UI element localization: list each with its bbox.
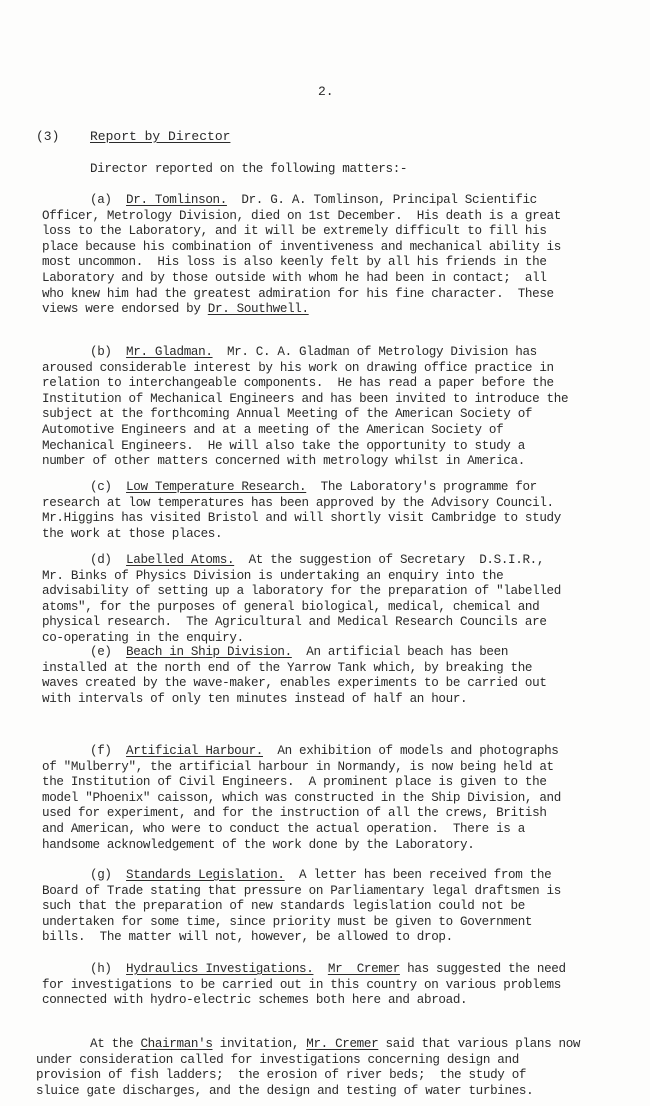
- person-name: Mr. Cremer: [306, 1037, 378, 1051]
- item-label: (b): [90, 345, 126, 359]
- item-line: views were endorsed by Dr. Southwell.: [42, 302, 309, 317]
- item-title: Dr. Tomlinson.: [126, 193, 227, 207]
- closing-text: invitation,: [213, 1037, 307, 1051]
- item-first-line: (b) Mr. Gladman. Mr. C. A. Gladman of Me…: [90, 345, 537, 360]
- item-label: (c): [90, 480, 126, 494]
- item-text: the Institution of Civil Engineers. A pr…: [42, 775, 547, 789]
- item-text: Mr.Higgins has visited Bristol and will …: [42, 511, 561, 525]
- item-label: (a): [90, 193, 126, 207]
- item-line: Institution of Mechanical Engineers and …: [42, 392, 568, 407]
- item-text: At the suggestion of Secretary D.S.I.R.,: [234, 553, 544, 567]
- item-text: Mechanical Engineers. He will also take …: [42, 439, 525, 453]
- item-text: waves created by the wave-maker, enables…: [42, 676, 547, 690]
- item-text: A letter has been received from the: [285, 868, 552, 882]
- item-text: Mr. Binks of Physics Division is underta…: [42, 569, 503, 583]
- item-text: advisability of setting up a laboratory …: [42, 584, 561, 598]
- item-text: for investigations to be carried out in …: [42, 978, 561, 992]
- item-text: connected with hydro-electric schemes bo…: [42, 993, 467, 1007]
- item-first-line: (e) Beach in Ship Division. An artificia…: [90, 645, 508, 660]
- item-line: used for experiment, and for the instruc…: [42, 806, 547, 821]
- item-line: relation to interchangeable components. …: [42, 376, 554, 391]
- item-line: advisability of setting up a laboratory …: [42, 584, 561, 599]
- closing-line: under consideration called for investiga…: [36, 1053, 519, 1068]
- person-name: Mr Cremer: [328, 962, 400, 976]
- item-line: most uncommon. His loss is also keenly f…: [42, 255, 547, 270]
- item-text: physical research. The Agricultural and …: [42, 615, 547, 629]
- item-text: Board of Trade stating that pressure on …: [42, 884, 561, 898]
- item-line: co-operating in the enquiry.: [42, 631, 244, 646]
- item-text: Mr. C. A. Gladman of Metrology Division …: [213, 345, 537, 359]
- item-line: research at low temperatures has been ap…: [42, 496, 554, 511]
- item-text: The Laboratory's programme for: [306, 480, 537, 494]
- item-line: atoms", for the purposes of general biol…: [42, 600, 539, 615]
- item-line: such that the preparation of new standar…: [42, 899, 525, 914]
- item-text: undertaken for some time, since priority…: [42, 915, 532, 929]
- item-line: installed at the north end of the Yarrow…: [42, 661, 532, 676]
- item-text: Institution of Mechanical Engineers and …: [42, 392, 568, 406]
- document-page: 2. (3) Report by Director Director repor…: [0, 0, 650, 1106]
- item-line: of "Mulberry", the artificial harbour in…: [42, 760, 554, 775]
- item-text: An exhibition of models and photographs: [263, 744, 559, 758]
- item-line: Mechanical Engineers. He will also take …: [42, 439, 525, 454]
- item-first-line: (c) Low Temperature Research. The Labora…: [90, 480, 537, 495]
- item-text: Laboratory and by those outside with who…: [42, 271, 547, 285]
- item-line: and American, who were to conduct the ac…: [42, 822, 525, 837]
- item-line: loss to the Laboratory, and it will be e…: [42, 224, 547, 239]
- page-number: 2.: [318, 84, 334, 99]
- item-label: (g): [90, 868, 126, 882]
- item-line: model "Phoenix" caisson, which was const…: [42, 791, 561, 806]
- section-number: (3): [36, 129, 59, 144]
- section-intro: Director reported on the following matte…: [90, 162, 407, 177]
- item-first-line: (h) Hydraulics Investigations. Mr Cremer…: [90, 962, 566, 977]
- closing-line: provision of fish ladders; the erosion o…: [36, 1068, 526, 1083]
- item-line: for investigations to be carried out in …: [42, 978, 561, 993]
- item-text: who knew him had the greatest admiration…: [42, 287, 554, 301]
- item-text: subject at the forthcoming Annual Meetin…: [42, 407, 532, 421]
- item-text: of "Mulberry", the artificial harbour in…: [42, 760, 554, 774]
- item-first-line: (g) Standards Legislation. A letter has …: [90, 868, 551, 883]
- closing-text: said that various plans now: [378, 1037, 580, 1051]
- item-text: used for experiment, and for the instruc…: [42, 806, 547, 820]
- item-text: co-operating in the enquiry.: [42, 631, 244, 645]
- item-line: Mr. Binks of Physics Division is underta…: [42, 569, 503, 584]
- item-text: handsome acknowledgement of the work don…: [42, 838, 474, 852]
- section-title: Report by Director: [90, 129, 230, 144]
- item-text: Officer, Metrology Division, died on 1st…: [42, 209, 561, 223]
- endorser-name: Dr. Southwell.: [208, 302, 309, 316]
- item-text: has suggested the need: [400, 962, 566, 976]
- item-text: and American, who were to conduct the ac…: [42, 822, 525, 836]
- item-line: the Institution of Civil Engineers. A pr…: [42, 775, 547, 790]
- item-text: Dr. G. A. Tomlinson, Principal Scientifi…: [227, 193, 537, 207]
- item-title: Beach in Ship Division.: [126, 645, 292, 659]
- item-text: number of other matters concerned with m…: [42, 454, 525, 468]
- item-text: most uncommon. His loss is also keenly f…: [42, 255, 547, 269]
- item-title: Artificial Harbour.: [126, 744, 263, 758]
- item-line: Mr.Higgins has visited Bristol and will …: [42, 511, 561, 526]
- item-text: atoms", for the purposes of general biol…: [42, 600, 539, 614]
- item-line: place because his combination of inventi…: [42, 240, 561, 255]
- item-title: Low Temperature Research.: [126, 480, 306, 494]
- item-line: subject at the forthcoming Annual Meetin…: [42, 407, 532, 422]
- item-spacer: [313, 962, 327, 976]
- item-text: aroused considerable interest by his wor…: [42, 361, 554, 375]
- item-line: connected with hydro-electric schemes bo…: [42, 993, 467, 1008]
- item-line: Automotive Engineers and at a meeting of…: [42, 423, 503, 438]
- item-line: Board of Trade stating that pressure on …: [42, 884, 561, 899]
- item-line: the work at those places.: [42, 527, 222, 542]
- item-text: the work at those places.: [42, 527, 222, 541]
- item-text: relation to interchangeable components. …: [42, 376, 554, 390]
- item-line: number of other matters concerned with m…: [42, 454, 525, 469]
- chairman-ref: Chairman's: [140, 1037, 212, 1051]
- closing-text: At the: [90, 1037, 140, 1051]
- item-first-line: (a) Dr. Tomlinson. Dr. G. A. Tomlinson, …: [90, 193, 537, 208]
- item-line: undertaken for some time, since priority…: [42, 915, 532, 930]
- item-text: with intervals of only ten minutes inste…: [42, 692, 467, 706]
- closing-first-line: At the Chairman's invitation, Mr. Cremer…: [90, 1037, 580, 1052]
- item-label: (d): [90, 553, 126, 567]
- item-line: waves created by the wave-maker, enables…: [42, 676, 547, 691]
- item-text: research at low temperatures has been ap…: [42, 496, 554, 510]
- item-line: with intervals of only ten minutes inste…: [42, 692, 467, 707]
- item-first-line: (f) Artificial Harbour. An exhibition of…: [90, 744, 559, 759]
- item-text: such that the preparation of new standar…: [42, 899, 525, 913]
- item-line: who knew him had the greatest admiration…: [42, 287, 554, 302]
- item-label: (f): [90, 744, 126, 758]
- item-title: Mr. Gladman.: [126, 345, 213, 359]
- item-text: An artificial beach has been: [292, 645, 508, 659]
- item-line: Officer, Metrology Division, died on 1st…: [42, 209, 561, 224]
- item-line: Laboratory and by those outside with who…: [42, 271, 547, 286]
- item-text: Automotive Engineers and at a meeting of…: [42, 423, 503, 437]
- item-text: bills. The matter will not, however, be …: [42, 930, 453, 944]
- item-first-line: (d) Labelled Atoms. At the suggestion of…: [90, 553, 544, 568]
- closing-line: sluice gate discharges, and the design a…: [36, 1084, 533, 1099]
- item-label: (h): [90, 962, 126, 976]
- item-line: aroused considerable interest by his wor…: [42, 361, 554, 376]
- item-text: installed at the north end of the Yarrow…: [42, 661, 532, 675]
- item-text: model "Phoenix" caisson, which was const…: [42, 791, 561, 805]
- item-line: physical research. The Agricultural and …: [42, 615, 547, 630]
- item-label: (e): [90, 645, 126, 659]
- item-text: place because his combination of inventi…: [42, 240, 561, 254]
- item-line: bills. The matter will not, however, be …: [42, 930, 453, 945]
- item-text: views were endorsed by: [42, 302, 208, 316]
- item-title: Standards Legislation.: [126, 868, 285, 882]
- item-line: handsome acknowledgement of the work don…: [42, 838, 474, 853]
- item-title: Labelled Atoms.: [126, 553, 234, 567]
- item-text: loss to the Laboratory, and it will be e…: [42, 224, 547, 238]
- item-title: Hydraulics Investigations.: [126, 962, 313, 976]
